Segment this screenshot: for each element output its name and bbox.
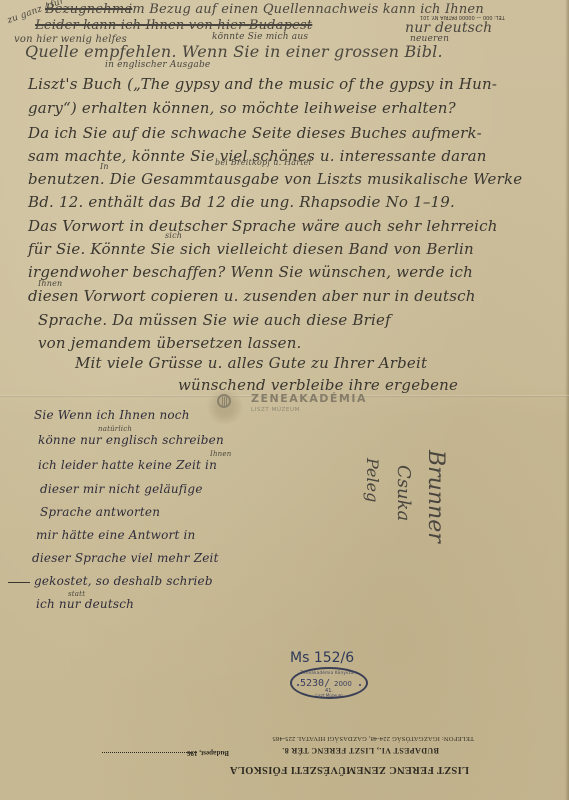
ps-line-9: ich nur deutsch [36, 597, 134, 611]
zeneakademia-logo: ZENEAKADÉMIA LISZT MÚZEUM [205, 389, 367, 425]
body-line-11: Sprache. Da müssen Sie wie auch diese Br… [38, 311, 391, 329]
stamp-ring-top: Zeneakadémia Könyvtára [292, 670, 366, 675]
interlinear-english-edition: in englischer Ausgabe [105, 60, 210, 70]
body-line-7: Das Vorwort in deutscher Sprache wäre au… [28, 217, 498, 235]
interlinear-breitkopf: bei Breitkopf u. Härtel [215, 158, 311, 167]
interlinear-sich: sich [165, 231, 182, 240]
signature-line-1: Brunner [423, 450, 448, 543]
body-line-8: für Sie. Könnte Sie sich vielleicht dies… [28, 240, 474, 258]
ps-line-8: gekostet, so deshalb schrieb [34, 574, 213, 588]
ps-line-7: dieser Sprache viel mehr Zeit [32, 551, 219, 565]
margin-note-line4: Quelle empfehlen. Wenn Sie in einer gros… [25, 42, 443, 61]
signature-line-3: Peleg [363, 458, 382, 502]
closing-line-1: Mit viele Grüsse u. alles Gute zu Ihrer … [75, 354, 427, 372]
letterhead-inverted: TELEFON: IGAZGATÓSÁG 224-48, GAZDASÁGI H… [100, 720, 569, 800]
body-line-5: benutzen. Die Gesammtausgabe von Liszts … [28, 170, 522, 188]
ps-interlinear-ihnen: Ihnen [210, 450, 231, 458]
ps-line-5: Sprache antworten [40, 505, 160, 519]
paper-edge [565, 0, 569, 800]
letterhead-school-name: LISZT FERENC ZENEMŰVÉSZETI FŐISKOLA [230, 764, 469, 775]
stamp-ring-bottom: Liszt Múzeum [292, 693, 366, 698]
struck-line: Leider kann ich Ihnen von hier Budapest [35, 18, 312, 33]
logo-subtitle: LISZT MÚZEUM [251, 407, 367, 413]
body-line-3: Da ich Sie auf die schwache Seite dieses… [28, 124, 482, 142]
letterhead-address: BUDAPEST VI., LISZT FERENC TÉR 8. [282, 746, 439, 755]
body-line-1: Liszt's Buch („The gypsy and the music o… [28, 75, 497, 93]
ps-line-1: Sie Wenn ich Ihnen noch [34, 408, 190, 422]
letterhead-place-date: Budapest, 196 [187, 749, 229, 757]
body-line-2: gary“) erhalten können, so möchte leihwe… [28, 99, 456, 117]
ps-line-2: könne nur englisch schreiben [38, 433, 224, 447]
signature-line-2: Csuka [393, 465, 414, 521]
letterhead-date-line [102, 752, 197, 753]
struck-word: Bezugnehme [45, 2, 132, 17]
body-line-12: von jemandem übersetzen lassen. [38, 334, 302, 352]
library-stamp: Zeneakadémia Könyvtára 5230/ 2000 41. Li… [290, 667, 368, 699]
margin-dash [8, 582, 30, 583]
ps-line-4: dieser mir nicht geläufige [40, 482, 203, 496]
lyre-emblem-icon [205, 389, 245, 425]
body-line-6: Bd. 12. enthält das Bd 12 die ung. Rhaps… [28, 193, 455, 211]
ps-line-6: mir hätte eine Antwort in [36, 528, 195, 542]
stamp-year: 2000 [334, 680, 352, 688]
printed-top-code: TEL: 000 — 00000 PATRIA NY. 101 [420, 14, 505, 20]
ps-interlinear-natuerlich: natürlich [98, 425, 132, 433]
logo-title: ZENEAKADÉMIA [251, 392, 367, 405]
ps-line-3: ich leider hatte keine Zeit in [38, 458, 217, 472]
shelfmark: Ms 152/6 [290, 650, 354, 666]
body-line-9: irgendwoher beschaffen? Wenn Sie wünsche… [28, 263, 473, 281]
letterhead-telephone: TELEFON: IGAZGATÓSÁG 224-48, GAZDASÁGI H… [272, 735, 474, 742]
margin-note-line3-mid: könnte Sie mich aus [212, 32, 308, 42]
body-line-10: diesen Vorwort copieren u. zusenden aber… [28, 287, 476, 305]
